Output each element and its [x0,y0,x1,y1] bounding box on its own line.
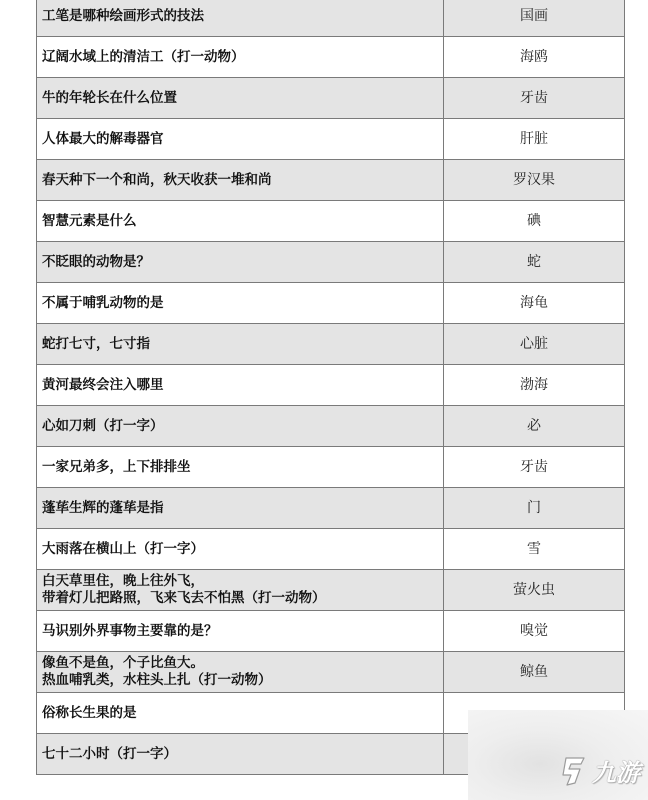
question-text: 一家兄弟多，上下排排坐 [42,459,443,476]
quiz-table-body: 工笔是哪种绘画形式的技法国画辽阔水域上的清洁工（打一动物）海鸥牛的年轮长在什么位… [37,0,625,775]
answer-cell: 肝脏 [444,119,625,160]
answer-cell: 嗅觉 [444,611,625,652]
question-cell: 七十二小时（打一字） [37,734,444,775]
question-cell: 白天草里住，晚上往外飞，带着灯儿把路照，飞来飞去不怕黑（打一动物） [37,570,444,611]
question-text: 七十二小时（打一字） [42,746,443,763]
question-text: 工笔是哪种绘画形式的技法 [42,8,443,25]
question-text: 俗称长生果的是 [42,705,443,722]
question-cell: 春天种下一个和尚，秋天收获一堆和尚 [37,160,444,201]
watermark-logo: 九游 [558,753,640,788]
question-cell: 心如刀刺（打一字） [37,406,444,447]
question-cell: 一家兄弟多，上下排排坐 [37,447,444,488]
question-text: 牛的年轮长在什么位置 [42,90,443,107]
jiuyou-logo-icon [558,755,588,787]
question-cell: 牛的年轮长在什么位置 [37,78,444,119]
table-row: 像鱼不是鱼，个子比鱼大。热血哺乳类，水柱头上扎（打一动物）鲸鱼 [37,652,625,693]
question-cell: 人体最大的解毒器官 [37,119,444,160]
table-row: 黄河最终会注入哪里渤海 [37,365,625,406]
quiz-table-container: 工笔是哪种绘画形式的技法国画辽阔水域上的清洁工（打一动物）海鸥牛的年轮长在什么位… [36,0,624,775]
table-row: 牛的年轮长在什么位置牙齿 [37,78,625,119]
table-row: 工笔是哪种绘画形式的技法国画 [37,0,625,37]
table-row: 马识别外界事物主要靠的是？嗅觉 [37,611,625,652]
question-cell: 大雨落在横山上（打一字） [37,529,444,570]
answer-cell: 心脏 [444,324,625,365]
question-cell: 蛇打七寸，七寸指 [37,324,444,365]
answer-cell: 门 [444,488,625,529]
answer-cell: 牙齿 [444,447,625,488]
table-row: 人体最大的解毒器官肝脏 [37,119,625,160]
answer-cell: 海龟 [444,283,625,324]
question-text: 蓬荜生辉的蓬荜是指 [42,500,443,517]
quiz-answer-table: 工笔是哪种绘画形式的技法国画辽阔水域上的清洁工（打一动物）海鸥牛的年轮长在什么位… [36,0,625,775]
question-cell: 俗称长生果的是 [37,693,444,734]
question-text: 黄河最终会注入哪里 [42,377,443,394]
question-text: 蛇打七寸，七寸指 [42,336,443,353]
table-row: 一家兄弟多，上下排排坐牙齿 [37,447,625,488]
question-cell: 辽阔水域上的清洁工（打一动物） [37,37,444,78]
table-row: 春天种下一个和尚，秋天收获一堆和尚罗汉果 [37,160,625,201]
table-row: 不眨眼的动物是？蛇 [37,242,625,283]
question-text: 不属于哺乳动物的是 [42,295,443,312]
table-row: 智慧元素是什么碘 [37,201,625,242]
table-row: 蛇打七寸，七寸指心脏 [37,324,625,365]
watermark-text: 九游 [592,753,640,788]
question-cell: 蓬荜生辉的蓬荜是指 [37,488,444,529]
question-text: 马识别外界事物主要靠的是？ [42,623,443,640]
answer-cell: 鲸鱼 [444,652,625,693]
table-row: 不属于哺乳动物的是海龟 [37,283,625,324]
table-row: 心如刀刺（打一字）必 [37,406,625,447]
answer-cell: 国画 [444,0,625,37]
answer-cell: 雪 [444,529,625,570]
answer-cell: 渤海 [444,365,625,406]
question-cell: 像鱼不是鱼，个子比鱼大。热血哺乳类，水柱头上扎（打一动物） [37,652,444,693]
question-text: 不眨眼的动物是？ [42,254,443,271]
question-text: 心如刀刺（打一字） [42,418,443,435]
question-cell: 不属于哺乳动物的是 [37,283,444,324]
answer-cell: 罗汉果 [444,160,625,201]
answer-cell: 蛇 [444,242,625,283]
question-cell: 黄河最终会注入哪里 [37,365,444,406]
table-row: 大雨落在横山上（打一字）雪 [37,529,625,570]
answer-cell: 萤火虫 [444,570,625,611]
question-cell: 马识别外界事物主要靠的是？ [37,611,444,652]
answer-cell: 海鸥 [444,37,625,78]
answer-cell: 必 [444,406,625,447]
watermark-overlay: 九游 [468,710,648,800]
question-text: 白天草里住，晚上往外飞， [42,573,443,590]
answer-cell: 碘 [444,201,625,242]
question-text: 像鱼不是鱼，个子比鱼大。 [42,655,443,672]
table-row: 白天草里住，晚上往外飞，带着灯儿把路照，飞来飞去不怕黑（打一动物）萤火虫 [37,570,625,611]
question-cell: 不眨眼的动物是？ [37,242,444,283]
question-text: 带着灯儿把路照，飞来飞去不怕黑（打一动物） [42,590,443,607]
question-text: 春天种下一个和尚，秋天收获一堆和尚 [42,172,443,189]
question-cell: 工笔是哪种绘画形式的技法 [37,0,444,37]
question-text: 热血哺乳类，水柱头上扎（打一动物） [42,672,443,689]
table-row: 蓬荜生辉的蓬荜是指门 [37,488,625,529]
question-text: 智慧元素是什么 [42,213,443,230]
question-text: 大雨落在横山上（打一字） [42,541,443,558]
question-cell: 智慧元素是什么 [37,201,444,242]
question-text: 辽阔水域上的清洁工（打一动物） [42,49,443,66]
table-row: 辽阔水域上的清洁工（打一动物）海鸥 [37,37,625,78]
question-text: 人体最大的解毒器官 [42,131,443,148]
answer-cell: 牙齿 [444,78,625,119]
